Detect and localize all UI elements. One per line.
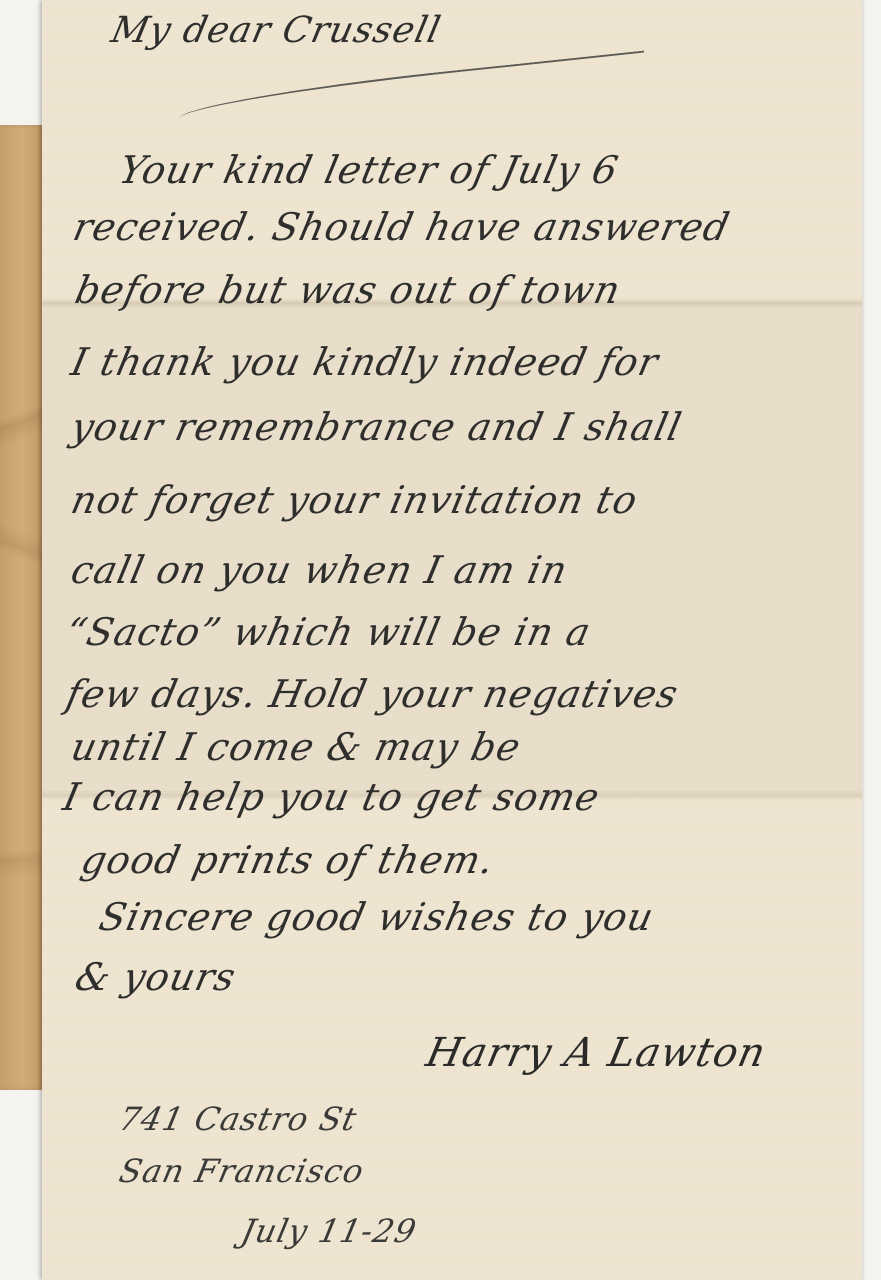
address-city: San Francisco xyxy=(116,1152,368,1190)
body-line: not forget your invitation to xyxy=(67,478,642,522)
body-line: until I come & may be xyxy=(67,725,525,769)
body-line: Your kind letter of July 6 xyxy=(115,148,622,192)
body-line: call on you when I am in xyxy=(67,548,572,592)
body-line: “Sacto” which will be in a xyxy=(62,610,595,654)
letter-page: My dear Crussell Your kind letter of Jul… xyxy=(42,0,862,1280)
body-line: Sincere good wishes to you xyxy=(95,895,658,939)
envelope-edge xyxy=(0,125,46,1090)
body-line: good prints of them. xyxy=(77,838,498,882)
signature: Harry A Lawton xyxy=(422,1030,770,1076)
letter-date: July 11-29 xyxy=(238,1212,420,1250)
body-line: I thank you kindly indeed for xyxy=(67,340,662,384)
body-line: few days. Hold your negatives xyxy=(62,672,682,716)
address-street: 741 Castro St xyxy=(116,1100,361,1138)
body-line: your remembrance and I shall xyxy=(67,405,686,449)
body-line: before but was out of town xyxy=(71,268,625,312)
salutation: My dear Crussell xyxy=(108,10,445,51)
body-line: I can help you to get some xyxy=(59,775,604,819)
body-line: received. Should have answered xyxy=(69,205,734,249)
body-line: & yours xyxy=(71,955,240,999)
salutation-flourish xyxy=(177,51,648,132)
